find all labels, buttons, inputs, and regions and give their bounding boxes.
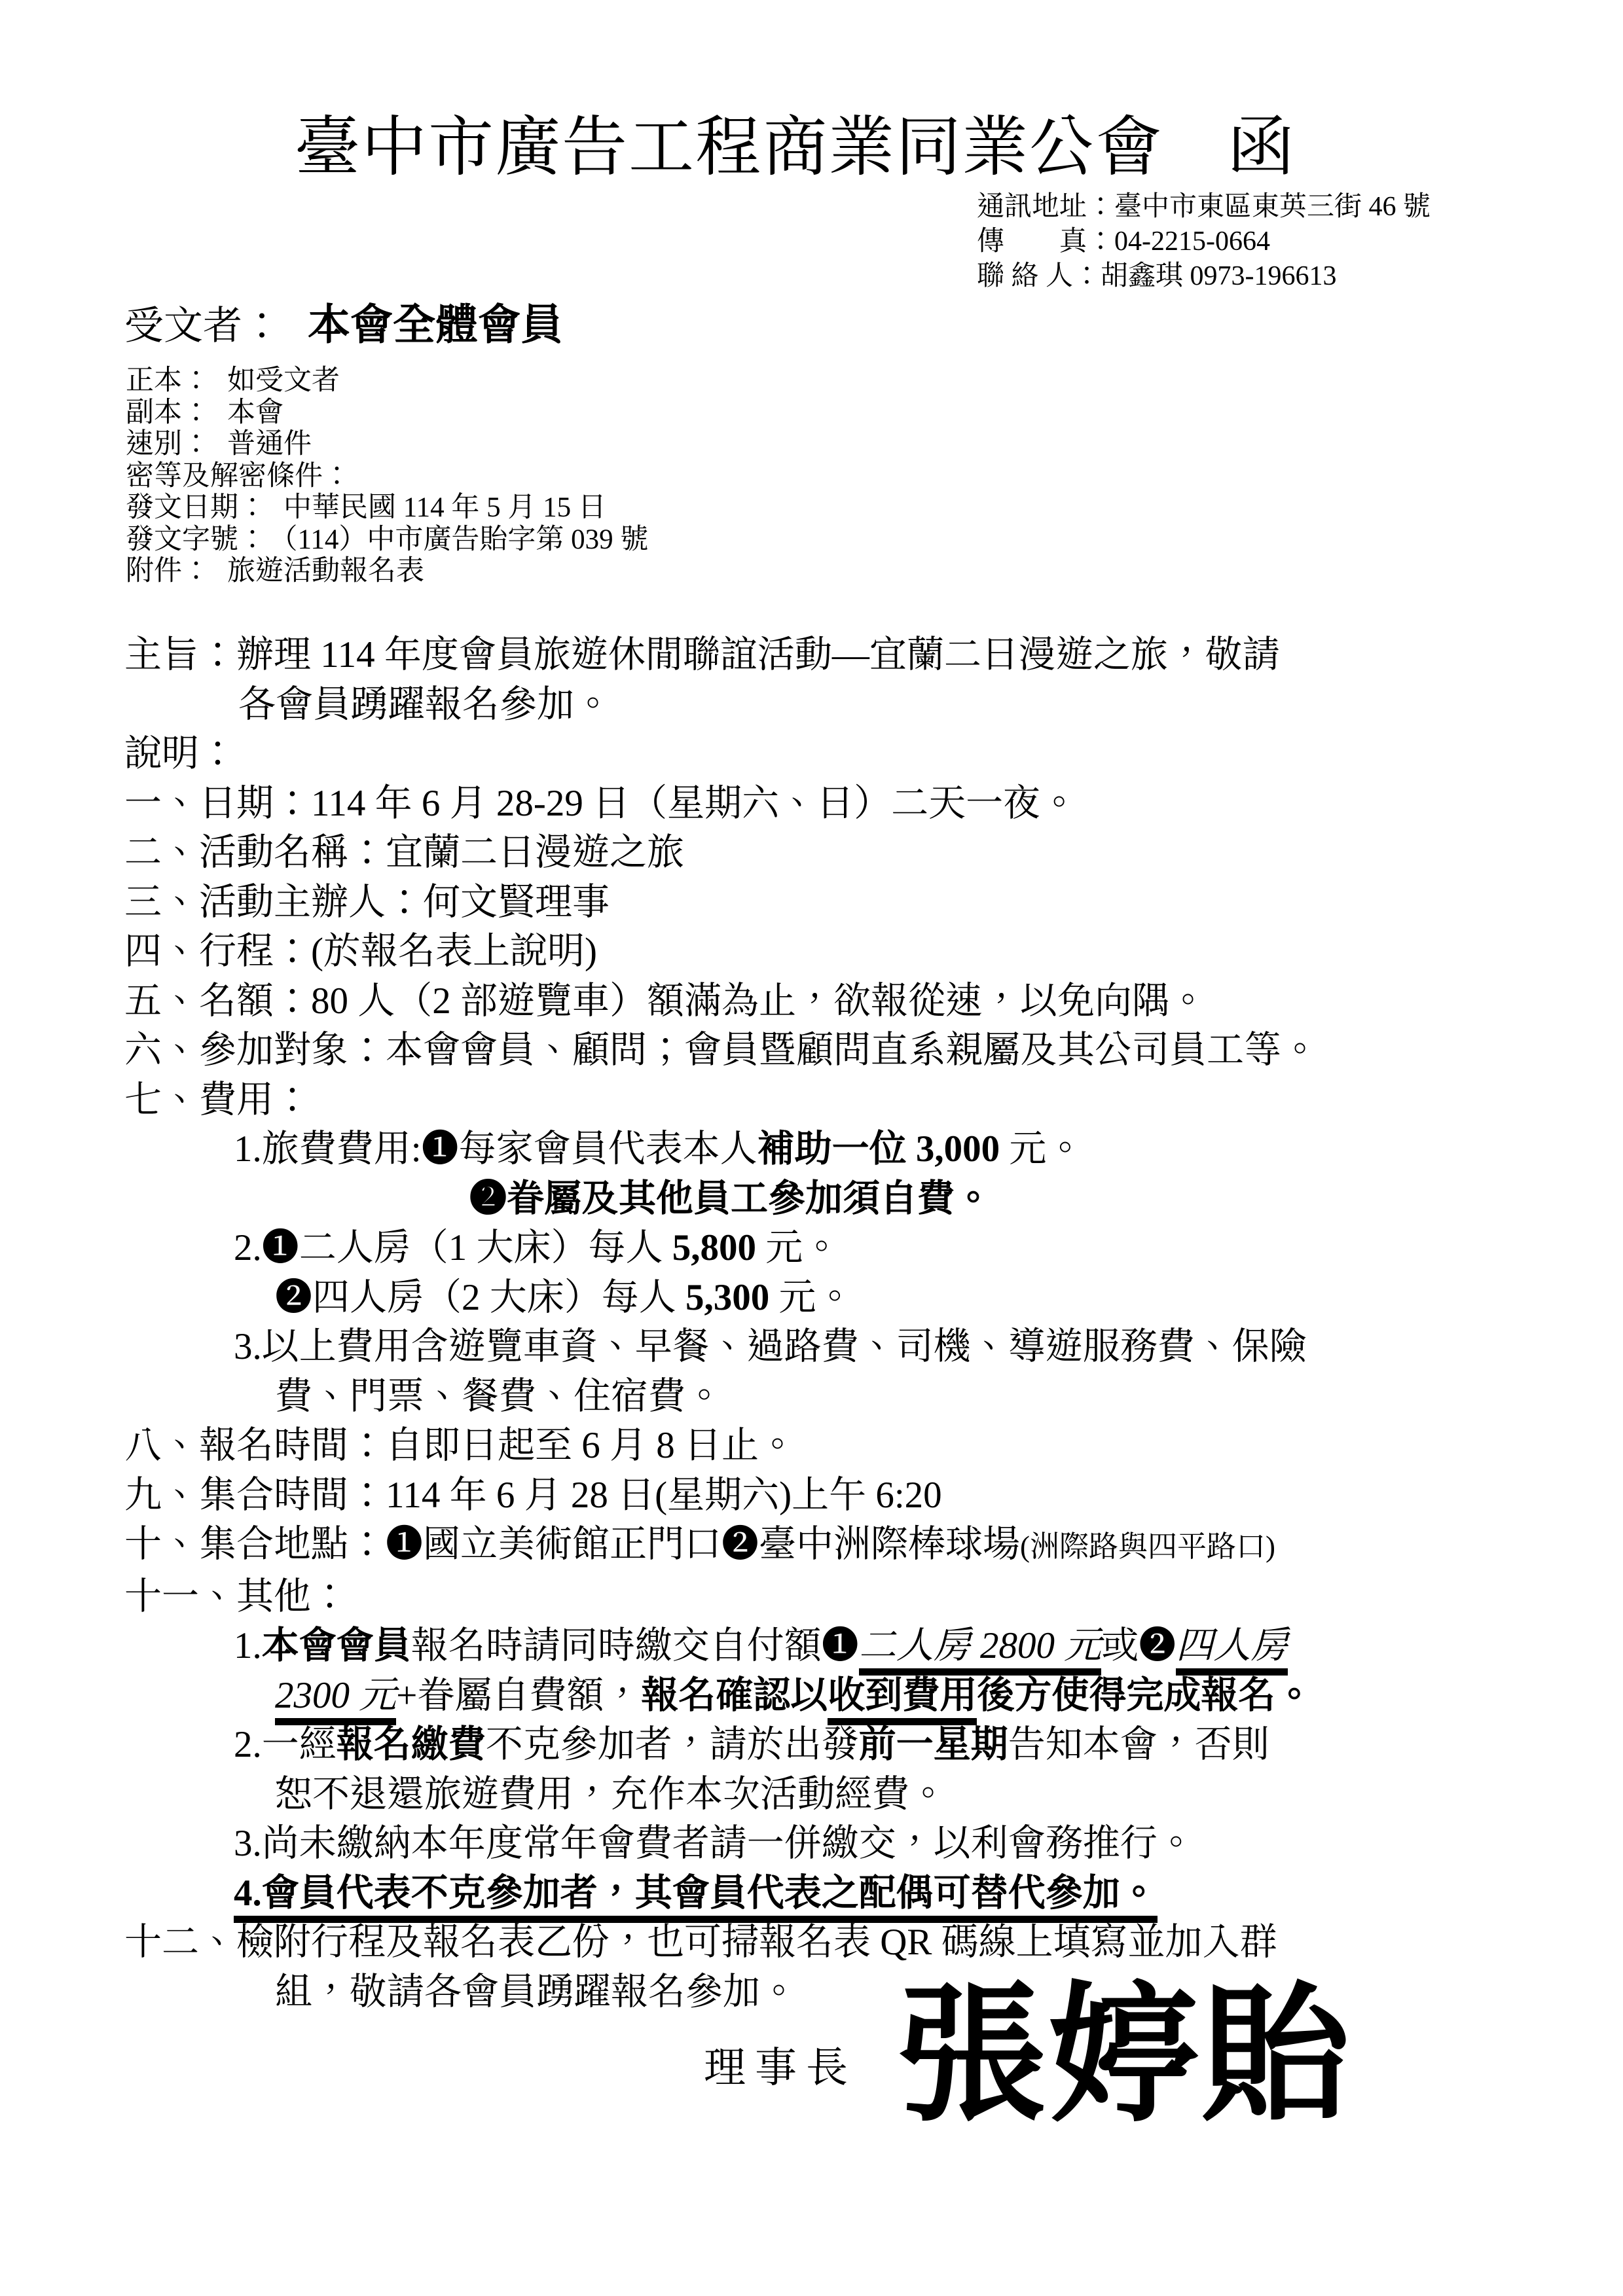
meta-line: 副本：本會	[126, 397, 648, 429]
body-segment: 告知本會，否則	[1008, 1724, 1269, 1765]
body-line: ❷眷屬及其他員工參加須自費。	[469, 1174, 1539, 1224]
body-segment: 二、活動名稱：宜蘭二日漫遊之旅	[124, 832, 684, 873]
body-segment: 後方使得完成報名。	[977, 1675, 1313, 1716]
body-segment: 1.	[234, 1625, 262, 1666]
body-segment: ❷眷屬及其他員工參加須自費。	[469, 1178, 992, 1219]
contact-line-value: 胡鑫琪 0973-196613	[1101, 261, 1337, 291]
body-line: 4.會員代表不克參加者，其會員代表之配偶可替代參加。	[234, 1869, 1539, 1918]
body-segment: 六、參加對象：本會會員、顧問；會員暨顧問直系親屬及其公司員工等。	[124, 1030, 1319, 1071]
meta-block: 正本：如受文者副本：本會速別：普通件密等及解密條件：發文日期：中華民國 114 …	[126, 365, 648, 588]
body-segment: 各會員踴躍報名參加。	[238, 684, 611, 725]
signature-title: 理事長	[704, 2034, 857, 2094]
body-line: 3.尚未繳納本年度常年會費者請一併繳交，以利會務推行。	[234, 1819, 1539, 1869]
body-segment: 八、報名時間：自即日起至 6 月 8 日止。	[124, 1425, 796, 1466]
body-segment: 2300 元	[275, 1675, 396, 1725]
body-segment: 1.旅費費用:❶每家會員代表本人	[234, 1128, 757, 1170]
body-segment: 十、集合地點：❶國立美術館正門口❷臺中洲際棒球場	[124, 1524, 1020, 1565]
body-line: 一、日期：114 年 6 月 28-29 日（星期六、日）二天一夜。	[124, 779, 1539, 829]
meta-line-value: 中華民國 114 年 5 月 15 日	[283, 492, 606, 523]
body-segment: 報名繳費	[337, 1724, 486, 1765]
body-segment: 五、名額：80 人（2 部遊覽車）額滿為止，欲報從速，以免向隅。	[124, 980, 1207, 1022]
contact-line-value: 04-2215-0664	[1114, 226, 1270, 257]
body-segment: 十二、檢附行程及報名表乙份，也可掃報名表 QR 碼線上填寫並加入群	[124, 1922, 1277, 1963]
body-line: 十一、其他：	[124, 1572, 1539, 1622]
body-segment: 前一星期	[859, 1724, 1008, 1765]
body-segment: 四、行程：(於報名表上說明)	[124, 931, 597, 972]
body-segment: 恕不退還旅遊費用，充作本次活動經費。	[275, 1774, 947, 1815]
meta-line-label: 密等及解密條件：	[126, 461, 351, 492]
body-segment: 3.尚未繳納本年度常年會費者請一併繳交，以利會務推行。	[234, 1823, 1195, 1864]
contact-line: 聯 絡 人：胡鑫琪 0973-196613	[977, 259, 1431, 294]
contact-line-value: 臺中市東區東英三街 46 號	[1114, 192, 1431, 222]
body-segment: 說明：	[124, 733, 236, 774]
recipient-label: 受文者：	[124, 304, 282, 348]
body-segment: 費、門票、餐費、住宿費。	[275, 1376, 723, 1417]
body-line: 七、費用：	[124, 1075, 1539, 1125]
body-line: 各會員踴躍報名參加。	[238, 680, 1539, 730]
meta-line-label: 正本：	[126, 365, 210, 396]
signature-name: 張婷貽	[897, 1975, 1353, 2140]
document-body: 主旨：辦理 114 年度會員旅遊休閒聯誼活動—宜蘭二日漫遊之旅，敬請各會員踴躍報…	[124, 630, 1539, 2017]
body-line: 三、活動主辦人：何文賢理事	[124, 878, 1539, 927]
body-segment: 3.以上費用含遊覽車資、早餐、過路費、司機、導遊服務費、保險	[234, 1326, 1307, 1367]
meta-line: 速別：普通件	[126, 429, 648, 461]
meta-line-value: （114）中市廣告貽字第 039 號	[283, 524, 648, 555]
body-segment: 十一、其他：	[124, 1576, 348, 1617]
meta-line-value: 本會	[227, 397, 283, 428]
body-line: 二、活動名稱：宜蘭二日漫遊之旅	[124, 828, 1539, 878]
body-segment: 不克參加者，請於出發	[486, 1724, 859, 1765]
body-line: 3.以上費用含遊覽車資、早餐、過路費、司機、導遊服務費、保險	[234, 1322, 1539, 1372]
contact-line-label: 通訊地址：	[977, 192, 1114, 222]
body-segment: 補助一位 3,000	[757, 1128, 1000, 1170]
organization-title: 臺中市廣告工程商業同業公會	[295, 111, 1163, 184]
recipient-value: 本會全體會員	[308, 302, 563, 349]
body-segment: 5,300	[685, 1277, 769, 1318]
meta-line-value: 旅遊活動報名表	[227, 556, 424, 586]
body-segment: 報名確認以	[641, 1675, 828, 1716]
body-segment: 九、集合時間：114 年 6 月 28 日(星期六)上午 6:20	[124, 1475, 942, 1516]
body-segment: 或❷	[1101, 1625, 1176, 1666]
body-line: ❷四人房（2 大床）每人 5,300 元。	[275, 1273, 1539, 1323]
body-segment: 三、活動主辦人：何文賢理事	[124, 882, 610, 923]
body-line: 八、報名時間：自即日起至 6 月 8 日止。	[124, 1421, 1539, 1471]
body-segment: ❷四人房（2 大床）每人	[275, 1277, 685, 1318]
body-line: 說明：	[124, 729, 1539, 779]
body-segment: 組，敬請各會員踴躍報名參加。	[275, 1971, 797, 2013]
meta-line: 附件：旅遊活動報名表	[126, 556, 648, 588]
meta-line: 發文日期：中華民國 114 年 5 月 15 日	[126, 492, 648, 524]
contact-block: 通訊地址：臺中市東區東英三街 46 號傳 真：04-2215-0664聯 絡 人…	[977, 190, 1431, 294]
body-segment: 元。	[756, 1227, 840, 1268]
body-segment: 四人房	[1176, 1625, 1288, 1676]
body-segment: +眷屬自費額，	[396, 1675, 641, 1716]
body-segment: 元。	[1000, 1128, 1084, 1170]
meta-line-label: 發文日期：	[126, 492, 266, 523]
body-line: 十二、檢附行程及報名表乙份，也可掃報名表 QR 碼線上填寫並加入群	[124, 1918, 1539, 1967]
body-segment: 4.會員代表不克參加者，其會員代表之配偶可替代參加。	[234, 1873, 1158, 1923]
meta-line-label: 速別：	[126, 429, 210, 459]
meta-line-value: 普通件	[227, 429, 312, 459]
document-type-label: 函	[1228, 111, 1295, 184]
meta-line-label: 附件：	[126, 556, 210, 586]
meta-line: 發文字號：（114）中市廣告貽字第 039 號	[126, 524, 648, 556]
meta-line-label: 發文字號：	[126, 524, 266, 555]
body-line: 2.❶二人房（1 大床）每人 5,800 元。	[234, 1223, 1539, 1273]
body-line: 六、參加對象：本會會員、顧問；會員暨顧問直系親屬及其公司員工等。	[124, 1026, 1539, 1075]
body-line: 五、名額：80 人（2 部遊覽車）額滿為止，欲報從速，以免向隅。	[124, 977, 1539, 1026]
meta-line: 密等及解密條件：	[126, 461, 648, 493]
body-segment: 元。	[769, 1277, 853, 1318]
meta-line-label: 副本：	[126, 397, 210, 428]
official-letter-page: 臺中市廣告工程商業同業公會函 通訊地址：臺中市東區東英三街 46 號傳 真：04…	[0, 0, 1623, 2296]
contact-line-label: 聯 絡 人：	[977, 261, 1101, 291]
meta-line-value: 如受文者	[227, 365, 340, 396]
body-segment: 2.一經	[234, 1724, 337, 1765]
body-segment: 二人房 2800 元	[859, 1625, 1102, 1676]
contact-line-label: 傳 真：	[977, 226, 1114, 257]
body-segment: 七、費用：	[124, 1079, 311, 1121]
body-line: 十、集合地點：❶國立美術館正門口❷臺中洲際棒球場(洲際路與四平路口)	[124, 1520, 1539, 1572]
body-segment: 主旨：辦理 114 年度會員旅遊休閒聯誼活動—宜蘭二日漫遊之旅，敬請	[124, 634, 1280, 675]
body-line: 九、集合時間：114 年 6 月 28 日(星期六)上午 6:20	[124, 1471, 1539, 1520]
body-segment: 本會會員	[262, 1625, 411, 1666]
contact-line: 傳 真：04-2215-0664	[977, 224, 1431, 259]
body-segment: 5,800	[672, 1227, 756, 1268]
body-line: 2.一經報名繳費不克參加者，請於出發前一星期告知本會，否則	[234, 1720, 1539, 1770]
body-segment: 2.❶二人房（1 大床）每人	[234, 1227, 672, 1268]
contact-line: 通訊地址：臺中市東區東英三街 46 號	[977, 190, 1431, 224]
meta-line: 正本：如受文者	[126, 365, 648, 397]
body-line: 費、門票、餐費、住宿費。	[275, 1372, 1539, 1422]
recipient-line: 受文者：本會全體會員	[124, 300, 563, 351]
body-line: 2300 元+眷屬自費額，報名確認以收到費用後方使得完成報名。	[275, 1671, 1539, 1721]
body-line: 主旨：辦理 114 年度會員旅遊休閒聯誼活動—宜蘭二日漫遊之旅，敬請	[124, 630, 1539, 680]
body-segment: 一、日期：114 年 6 月 28-29 日（星期六、日）二天一夜。	[124, 783, 1078, 824]
body-segment: 收到費用	[828, 1675, 977, 1725]
letterhead: 臺中市廣告工程商業同業公會函	[295, 110, 1295, 185]
body-segment: 報名時請同時繳交自付額❶	[411, 1625, 859, 1666]
body-line: 1.本會會員報名時請同時繳交自付額❶二人房 2800 元或❷四人房	[234, 1621, 1539, 1671]
body-line: 四、行程：(於報名表上說明)	[124, 927, 1539, 977]
body-segment: (洲際路與四平路口)	[1020, 1530, 1275, 1563]
body-line: 恕不退還旅遊費用，充作本次活動經費。	[275, 1770, 1539, 1820]
body-line: 1.旅費費用:❶每家會員代表本人補助一位 3,000 元。	[234, 1124, 1539, 1174]
